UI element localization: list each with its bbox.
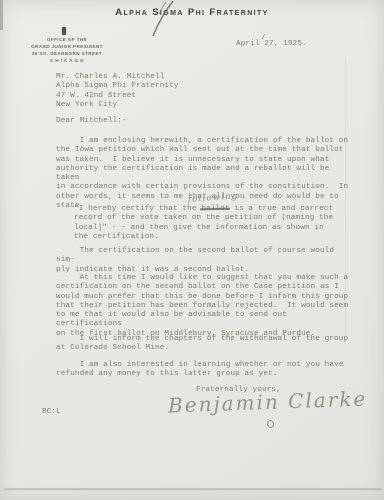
paragraph-case-petition: At this time I would like to suggest tha… bbox=[56, 274, 356, 339]
paragraph-inform-chapters: I will inform the chapters of the withdr… bbox=[56, 335, 356, 354]
letter-page: Alpha Sigma Phi Fraternity OFFICE OF THE… bbox=[0, 0, 384, 500]
struck-word-ballot: ballot bbox=[201, 205, 229, 213]
letterhead-title: Alpha Sigma Phi Fraternity bbox=[0, 7, 384, 18]
office-address-block: OFFICE OF THE GRAND JUNIOR PRESIDENT 36 … bbox=[20, 36, 114, 64]
quote-pre-text: "I hereby certify that the bbox=[74, 205, 201, 213]
quoted-certification-text: "I hereby certify that the ballotfollowi… bbox=[74, 205, 356, 242]
paper-fold-crease bbox=[345, 60, 346, 340]
paragraph-refunded-money: I am also interested in learning whether… bbox=[56, 361, 356, 380]
signature-flourish-mark bbox=[266, 419, 275, 428]
paragraph-second-ballot: The certification on the second ballot o… bbox=[56, 247, 356, 275]
crest-icon bbox=[62, 27, 66, 35]
date-line: April 27, 1925. bbox=[236, 40, 307, 49]
typist-initials: BC:L bbox=[42, 408, 61, 417]
scan-edge-artifact bbox=[0, 0, 3, 30]
recipient-address: Mr. Charles A. Mitchell Alpha Sigma Phi … bbox=[56, 73, 179, 110]
paper-bottom-edge bbox=[4, 488, 382, 489]
pencil-tick-mark bbox=[262, 34, 267, 39]
pencil-slash-mark bbox=[132, 0, 178, 38]
salutation: Dear Mitchell:- bbox=[56, 117, 127, 126]
